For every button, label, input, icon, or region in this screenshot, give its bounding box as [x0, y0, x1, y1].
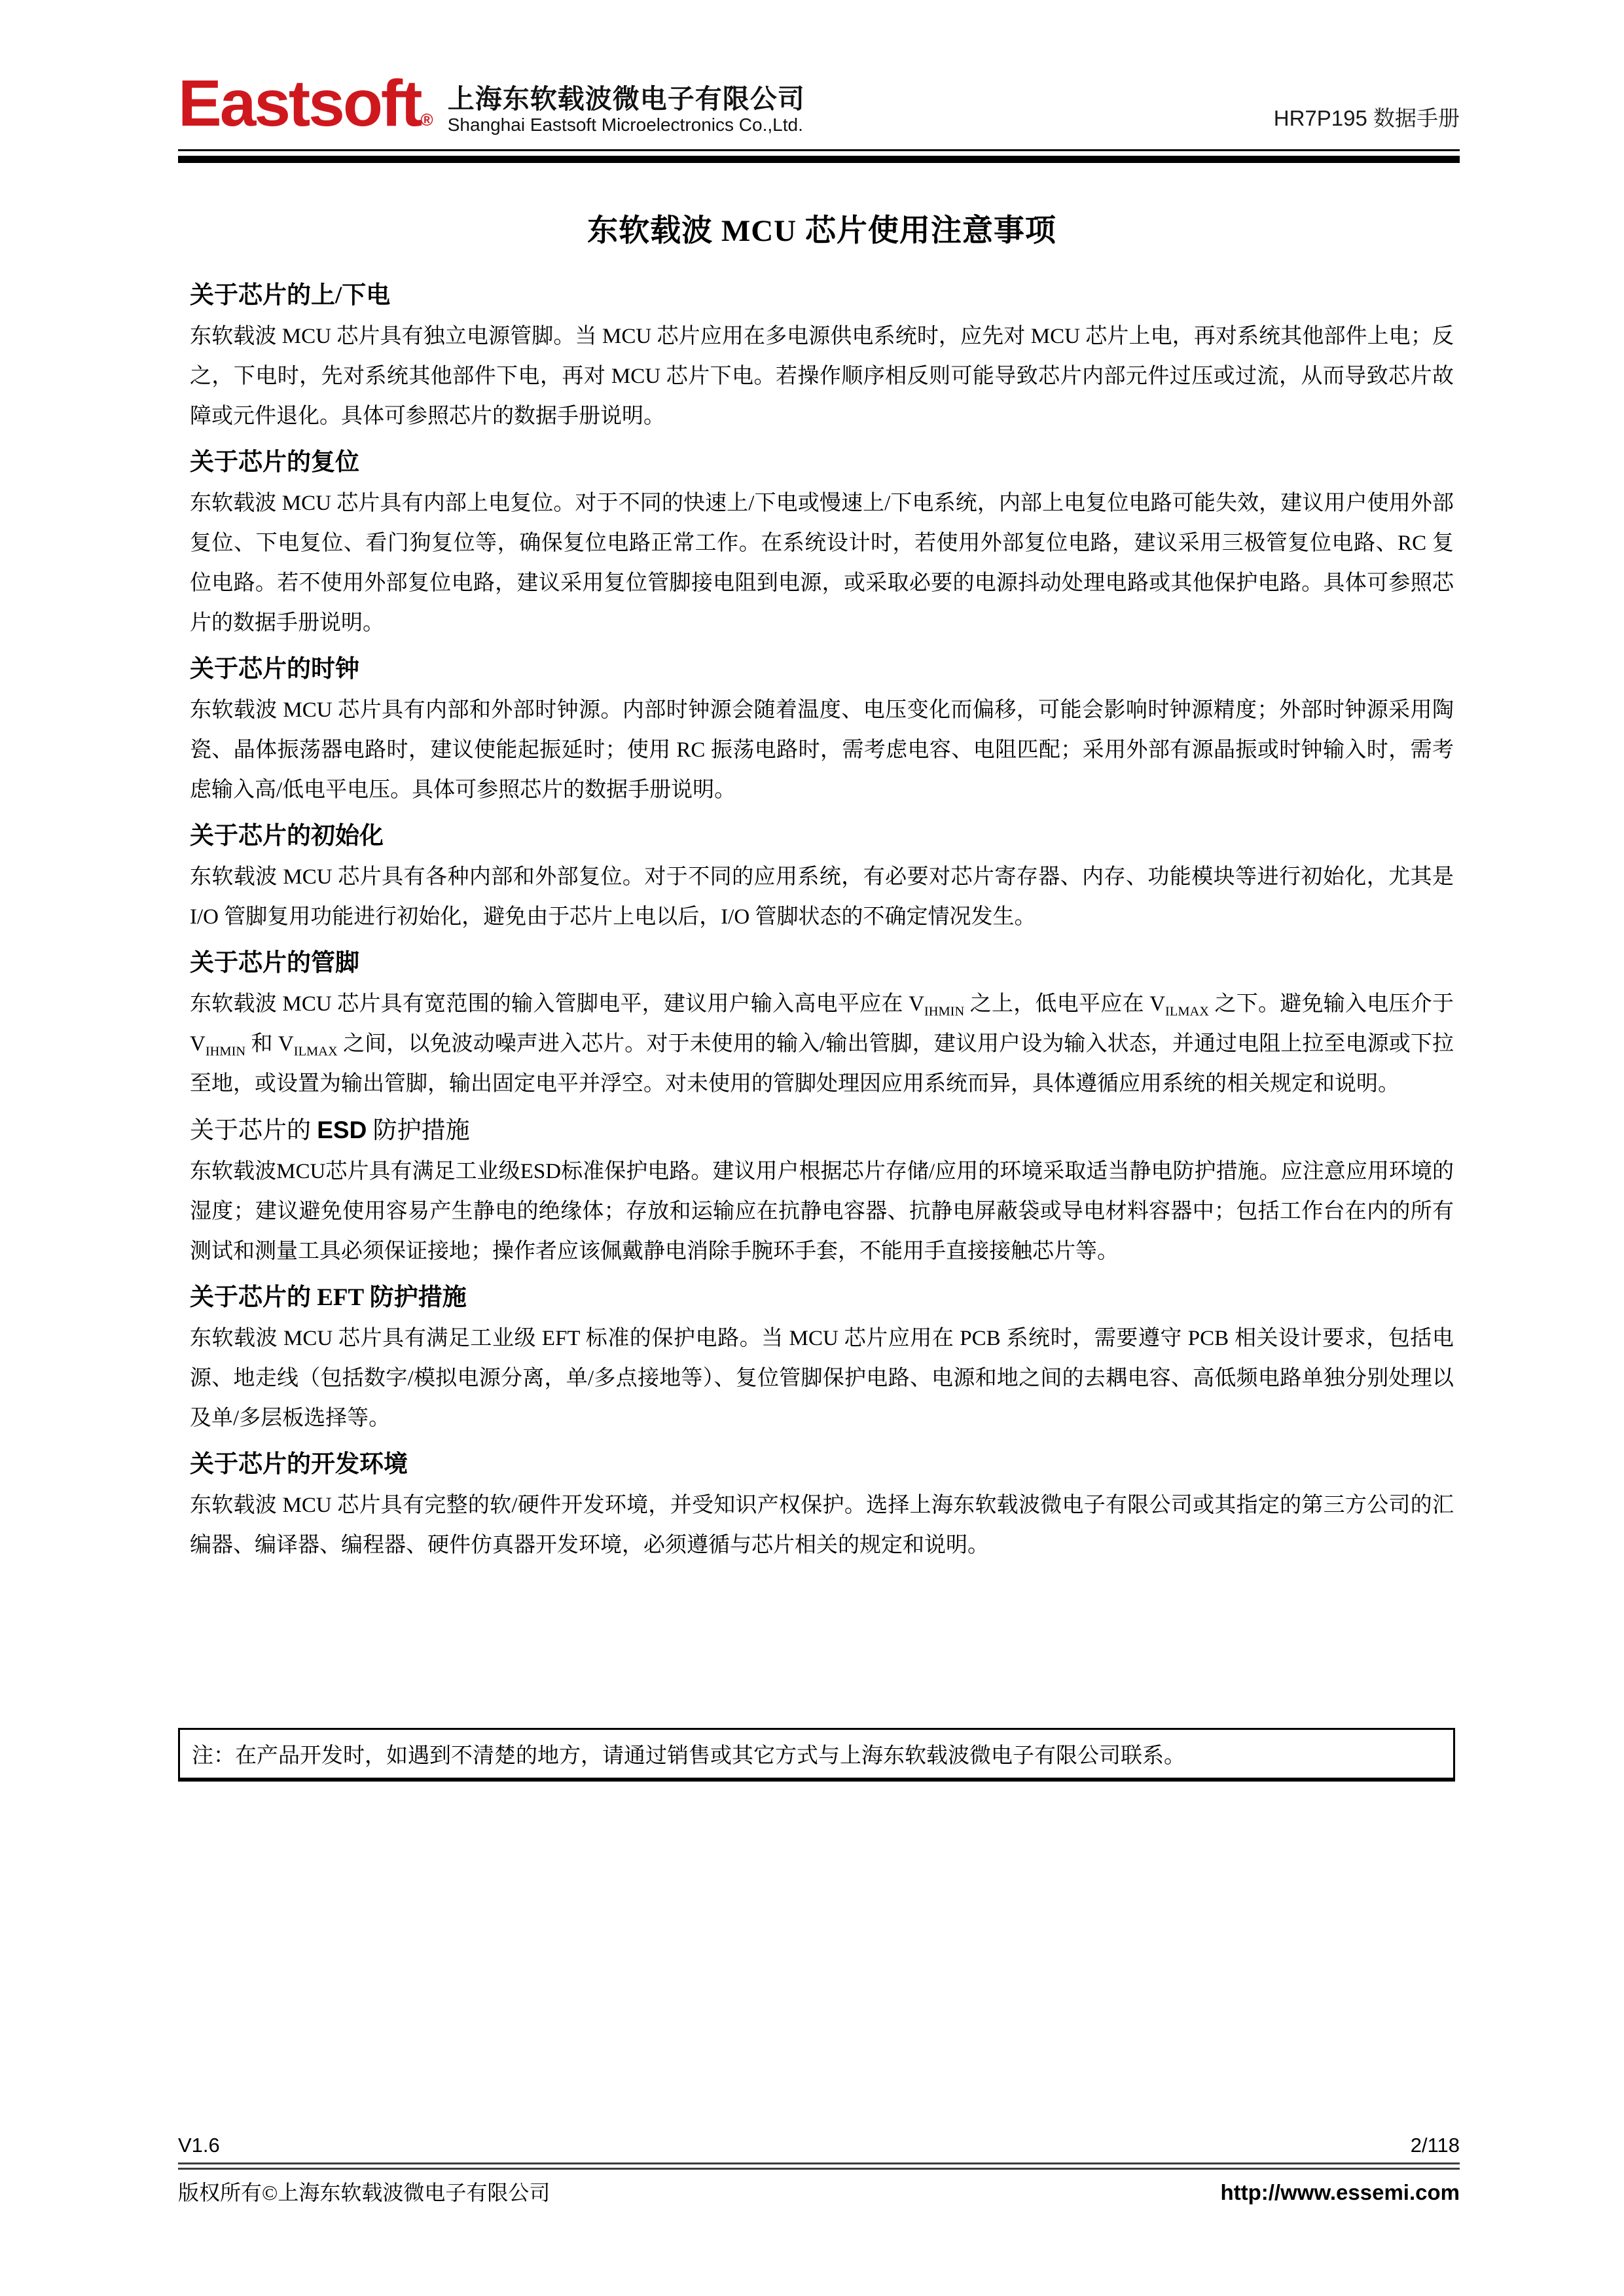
section-clock: 关于芯片的时钟 东软载波 MCU 芯片具有内部和外部时钟源。内部时钟源会随着温度… — [190, 654, 1454, 810]
footer-rule — [178, 2162, 1460, 2170]
footer-page-number: 2/118 — [1411, 2134, 1460, 2157]
section-heading: 关于芯片的复位 — [190, 447, 1454, 478]
section-heading: 关于芯片的开发环境 — [190, 1449, 1454, 1480]
footer-url: http://www.essemi.com — [1220, 2180, 1460, 2205]
esd-heading-acronym: ESD — [317, 1117, 367, 1143]
section-init: 关于芯片的初始化 东软载波 MCU 芯片具有各种内部和外部复位。对于不同的应用系… — [190, 821, 1454, 937]
registered-trademark-icon: ® — [421, 110, 433, 130]
company-name-cn: 上海东软载波微电子有限公司 — [448, 84, 805, 115]
footer-copyright: 版权所有©上海东软载波微电子有限公司 — [178, 2176, 550, 2206]
section-body: 东软载波 MCU 芯片具有内部上电复位。对于不同的快速上/下电或慢速上/下电系统… — [190, 484, 1454, 643]
company-name-block: 上海东软载波微电子有限公司 Shanghai Eastsoft Microele… — [448, 84, 805, 136]
section-dev-env: 关于芯片的开发环境 东软载波 MCU 芯片具有完整的软/硬件开发环境，并受知识产… — [190, 1449, 1454, 1566]
footer-copy-row: 版权所有©上海东软载波微电子有限公司 http://www.essemi.com — [178, 2176, 1460, 2206]
section-heading: 关于芯片的 EFT 防护措施 — [190, 1282, 1454, 1314]
header-logo-row: Eastsoft® 上海东软载波微电子有限公司 Shanghai Eastsof… — [178, 71, 1460, 136]
eastsoft-logo: Eastsoft® — [178, 71, 433, 136]
section-heading: 关于芯片的管脚 — [190, 948, 1454, 979]
section-heading: 关于芯片的初始化 — [190, 821, 1454, 852]
footer: V1.6 2/118 版权所有©上海东软载波微电子有限公司 http://www… — [178, 2134, 1460, 2206]
section-heading: 关于芯片的 ESD 防护措施 — [190, 1115, 1454, 1147]
eastsoft-logo-text: Eastsoft — [178, 67, 421, 140]
section-body: 东软载波 MCU 芯片具有完整的软/硬件开发环境，并受知识产权保护。选择上海东软… — [190, 1486, 1454, 1566]
header: Eastsoft® 上海东软载波微电子有限公司 Shanghai Eastsof… — [178, 0, 1460, 136]
company-name-en: Shanghai Eastsoft Microelectronics Co.,L… — [448, 115, 805, 135]
esd-heading-post: 防护措施 — [367, 1117, 469, 1144]
note-box: 注：在产品开发时，如遇到不清楚的地方，请通过销售或其它方式与上海东软载波微电子有… — [178, 1728, 1455, 1782]
footer-meta-row: V1.6 2/118 — [178, 2134, 1460, 2157]
section-body: 东软载波 MCU 芯片具有独立电源管脚。当 MCU 芯片应用在多电源供电系统时，… — [190, 317, 1454, 437]
main-content: 东软载波 MCU 芯片使用注意事项 关于芯片的上/下电 东软载波 MCU 芯片具… — [190, 208, 1454, 1566]
header-rule-thin — [178, 149, 1460, 151]
section-eft: 关于芯片的 EFT 防护措施 东软载波 MCU 芯片具有满足工业级 EFT 标准… — [190, 1282, 1454, 1439]
section-body: 东软载波 MCU 芯片具有内部和外部时钟源。内部时钟源会随着温度、电压变化而偏移… — [190, 691, 1454, 810]
section-body: 东软载波 MCU 芯片具有各种内部和外部复位。对于不同的应用系统，有必要对芯片寄… — [190, 857, 1454, 937]
page-title: 东软载波 MCU 芯片使用注意事项 — [190, 208, 1454, 254]
section-heading: 关于芯片的上/下电 — [190, 280, 1454, 312]
section-heading: 关于芯片的时钟 — [190, 654, 1454, 685]
datasheet-page: Eastsoft® 上海东软载波微电子有限公司 Shanghai Eastsof… — [0, 0, 1624, 2296]
section-esd: 关于芯片的 ESD 防护措施 东软载波MCU芯片具有满足工业级ESD标准保护电路… — [190, 1115, 1454, 1272]
section-pins: 关于芯片的管脚 东软载波 MCU 芯片具有宽范围的输入管脚电平，建议用户输入高电… — [190, 948, 1454, 1104]
esd-heading-pre: 关于芯片的 — [190, 1117, 317, 1144]
section-reset: 关于芯片的复位 东软载波 MCU 芯片具有内部上电复位。对于不同的快速上/下电或… — [190, 447, 1454, 643]
section-body: 东软载波MCU芯片具有满足工业级ESD标准保护电路。建议用户根据芯片存储/应用的… — [190, 1152, 1454, 1272]
footer-version: V1.6 — [178, 2134, 220, 2157]
header-rule-thick — [178, 156, 1460, 163]
section-power: 关于芯片的上/下电 东软载波 MCU 芯片具有独立电源管脚。当 MCU 芯片应用… — [190, 280, 1454, 437]
section-body: 东软载波 MCU 芯片具有满足工业级 EFT 标准的保护电路。当 MCU 芯片应… — [190, 1319, 1454, 1439]
section-body: 东软载波 MCU 芯片具有宽范围的输入管脚电平，建议用户输入高电平应在 VIHM… — [190, 984, 1454, 1104]
note-text: 注：在产品开发时，如遇到不清楚的地方，请通过销售或其它方式与上海东软载波微电子有… — [192, 1738, 1185, 1769]
doc-title: HR7P195 数据手册 — [1274, 101, 1460, 136]
